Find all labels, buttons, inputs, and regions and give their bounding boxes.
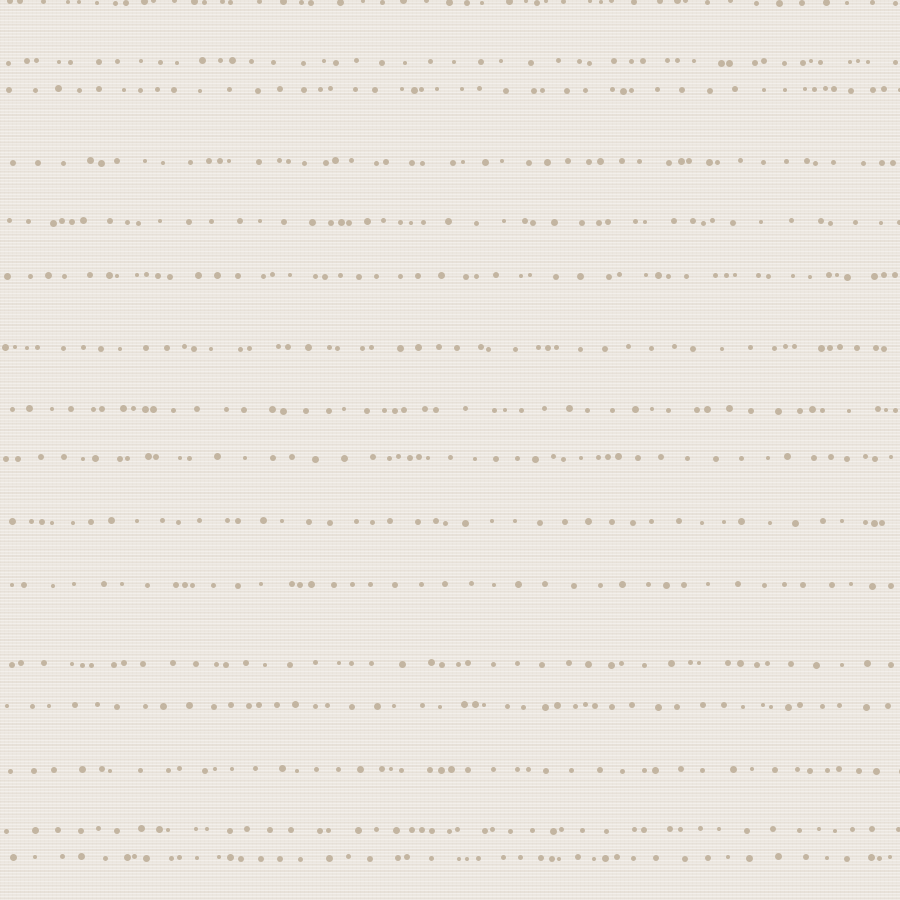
- dot: [243, 456, 247, 460]
- dot: [327, 520, 333, 526]
- dot: [404, 854, 410, 860]
- dot: [220, 0, 225, 4]
- dot: [143, 704, 148, 709]
- dot: [505, 704, 510, 709]
- dot: [55, 85, 62, 92]
- dot: [314, 767, 319, 772]
- dot: [585, 518, 592, 525]
- dot: [797, 408, 803, 414]
- dot: [448, 766, 455, 773]
- dot: [114, 828, 120, 834]
- dot: [545, 345, 551, 351]
- dot: [554, 345, 559, 350]
- dot: [299, 0, 304, 5]
- dot: [847, 409, 851, 413]
- dot: [246, 703, 252, 709]
- dot: [95, 702, 100, 707]
- dot: [41, 0, 46, 4]
- dot-row: [0, 85, 900, 95]
- dot: [463, 406, 468, 411]
- dot: [35, 160, 41, 166]
- dot: [833, 829, 837, 833]
- dot: [342, 407, 346, 411]
- dot: [369, 345, 374, 350]
- dot: [217, 158, 223, 164]
- dot: [389, 767, 393, 771]
- dot: [292, 701, 299, 708]
- dot: [61, 161, 66, 166]
- dot: [827, 345, 833, 351]
- dot: [364, 408, 370, 414]
- dot: [237, 218, 243, 224]
- dot: [108, 517, 115, 524]
- dot: [478, 344, 484, 350]
- dot: [826, 272, 832, 278]
- dot: [480, 1, 484, 5]
- dot: [500, 159, 504, 163]
- dot: [610, 408, 615, 413]
- dot: [884, 408, 888, 412]
- dot: [178, 456, 182, 460]
- dot: [713, 273, 718, 278]
- dot: [66, 0, 70, 4]
- dot: [782, 582, 787, 587]
- dot: [10, 854, 17, 861]
- dot: [279, 765, 286, 772]
- dot: [144, 272, 149, 277]
- dot: [392, 408, 398, 414]
- dot: [761, 703, 765, 707]
- dot: [87, 157, 94, 164]
- dot: [433, 518, 439, 524]
- dot: [854, 345, 860, 351]
- dot: [879, 520, 885, 526]
- dot: [367, 856, 373, 862]
- dot: [741, 705, 745, 709]
- dot: [229, 57, 236, 64]
- dot: [733, 273, 737, 277]
- dot: [726, 855, 730, 859]
- dot: [407, 455, 413, 461]
- dot: [121, 660, 127, 666]
- dot: [77, 0, 81, 4]
- dot: [427, 767, 433, 773]
- dot: [675, 58, 680, 63]
- dot: [808, 275, 812, 279]
- dot: [869, 583, 876, 590]
- dot: [807, 768, 813, 774]
- dot: [850, 827, 855, 832]
- dot: [416, 454, 422, 460]
- dot: [158, 219, 162, 223]
- dot: [288, 827, 294, 833]
- dot: [892, 272, 898, 278]
- dot: [820, 518, 826, 524]
- dot: [136, 221, 141, 226]
- dot: [214, 662, 219, 667]
- dot: [223, 662, 229, 668]
- dot: [401, 407, 407, 413]
- dot: [718, 60, 725, 67]
- dot: [341, 455, 348, 462]
- dot: [400, 0, 407, 4]
- dot: [276, 344, 281, 349]
- dot: [161, 161, 165, 165]
- dot: [328, 220, 334, 226]
- dot: [818, 60, 823, 65]
- dot: [597, 158, 604, 165]
- dot: [209, 347, 213, 351]
- dot: [227, 854, 234, 861]
- dot: [80, 217, 87, 224]
- dot: [828, 221, 833, 226]
- dot: [374, 161, 379, 166]
- dot: [156, 826, 163, 833]
- dot: [286, 159, 291, 164]
- dot: [602, 346, 608, 352]
- dot: [642, 663, 647, 668]
- dot: [228, 702, 234, 708]
- dot: [863, 520, 868, 525]
- dot: [863, 704, 870, 711]
- dot: [132, 854, 137, 859]
- dot: [59, 218, 65, 224]
- dot: [322, 274, 328, 280]
- dot: [409, 827, 415, 833]
- dot: [51, 584, 55, 588]
- dot: [381, 218, 386, 223]
- dot: [195, 856, 199, 860]
- dot: [218, 58, 223, 63]
- dot: [811, 455, 817, 461]
- dot: [706, 582, 710, 586]
- dot: [717, 827, 721, 831]
- dot: [419, 87, 424, 92]
- dot: [619, 158, 625, 164]
- dot: [896, 827, 900, 832]
- dot: [871, 273, 878, 280]
- dot: [544, 159, 551, 166]
- dot: [260, 517, 267, 524]
- dot: [281, 219, 287, 225]
- dot: [9, 518, 16, 525]
- dot: [534, 0, 540, 6]
- dot: [419, 582, 424, 587]
- dot: [564, 88, 570, 94]
- dot: [91, 407, 96, 412]
- dot: [679, 87, 685, 93]
- dot: [227, 87, 232, 92]
- dot: [692, 59, 696, 63]
- dot: [671, 218, 677, 224]
- dot: [748, 345, 753, 350]
- dot: [521, 705, 526, 710]
- dot: [258, 219, 262, 223]
- dot: [62, 274, 67, 279]
- dot: [202, 768, 208, 774]
- dot: [145, 453, 152, 460]
- dot: [772, 767, 778, 773]
- dot: [655, 272, 662, 279]
- dot: [374, 827, 379, 832]
- dot: [247, 346, 252, 351]
- dot: [45, 272, 52, 279]
- dot: [769, 705, 773, 709]
- dot: [353, 87, 358, 92]
- dot: [835, 273, 839, 277]
- dot: [38, 454, 44, 460]
- dot: [519, 408, 524, 413]
- dot: [213, 767, 217, 771]
- dot: [579, 220, 585, 226]
- dot: [542, 704, 549, 711]
- dot: [235, 583, 241, 589]
- dot: [784, 159, 789, 164]
- dot: [577, 59, 582, 64]
- dot: [667, 826, 673, 832]
- dot: [856, 768, 862, 774]
- dot: [438, 705, 442, 709]
- dot: [191, 0, 198, 5]
- dot: [7, 0, 13, 4]
- dot: [78, 828, 84, 834]
- dot: [190, 583, 195, 588]
- dot: [193, 661, 199, 667]
- dot: [596, 455, 601, 460]
- dot-row: [0, 825, 900, 835]
- dot: [150, 406, 157, 413]
- dot: [288, 273, 292, 277]
- dot: [5, 704, 9, 708]
- dot: [354, 58, 359, 63]
- dot: [186, 702, 193, 709]
- dot: [79, 766, 86, 773]
- dot: [101, 581, 107, 587]
- dot: [289, 581, 295, 587]
- dot: [18, 660, 24, 666]
- dot: [257, 0, 262, 4]
- dot: [666, 160, 672, 166]
- dot-row: [0, 853, 900, 863]
- dot: [619, 581, 626, 588]
- dot: [868, 854, 875, 861]
- dot: [214, 453, 221, 460]
- dot: [792, 344, 797, 349]
- dot: [588, 0, 592, 3]
- dot: [256, 702, 262, 708]
- dot: [597, 767, 603, 773]
- dot: [420, 703, 425, 708]
- dot: [881, 272, 887, 278]
- dot: [726, 405, 733, 412]
- dot: [202, 0, 207, 5]
- dot: [493, 272, 499, 278]
- dot: [50, 220, 57, 227]
- dot: [446, 0, 453, 6]
- dot: [873, 345, 879, 351]
- dot: [68, 406, 74, 412]
- dot: [88, 519, 94, 525]
- dot: [141, 0, 148, 5]
- dot: [415, 273, 421, 279]
- dot: [825, 768, 830, 773]
- dot: [853, 220, 858, 225]
- dot: [831, 86, 837, 92]
- dot: [398, 220, 403, 225]
- dot: [438, 272, 445, 279]
- dot: [672, 344, 677, 349]
- dot: [336, 767, 341, 772]
- dot: [10, 407, 15, 412]
- dot: [199, 57, 206, 64]
- dot: [550, 828, 557, 835]
- dot: [31, 768, 37, 774]
- dot: [820, 408, 825, 413]
- dot: [225, 518, 230, 523]
- dot: [700, 702, 706, 708]
- dot: [473, 457, 477, 461]
- dot: [542, 581, 548, 587]
- dot: [447, 829, 452, 834]
- dot: [565, 158, 571, 164]
- dot: [350, 582, 355, 587]
- dot: [635, 455, 641, 461]
- dot: [125, 456, 130, 461]
- dot: [863, 454, 868, 459]
- dot: [135, 273, 139, 277]
- dot: [305, 344, 312, 351]
- dot: [313, 660, 318, 665]
- dot: [35, 345, 40, 350]
- dot: [632, 827, 637, 832]
- dot: [686, 158, 692, 164]
- dot: [2, 344, 9, 351]
- dot: [25, 346, 29, 350]
- dot: [438, 767, 445, 774]
- dot: [99, 766, 105, 772]
- dot: [829, 582, 835, 588]
- dot: [803, 87, 807, 91]
- dot: [864, 660, 871, 667]
- dot: [728, 0, 733, 3]
- dot: [361, 0, 365, 3]
- dot: [530, 828, 535, 833]
- dot: [155, 87, 160, 92]
- dot: [182, 582, 188, 588]
- dot: [474, 274, 479, 279]
- dot: [392, 704, 396, 708]
- dot: [812, 87, 817, 92]
- dot: [792, 520, 799, 527]
- dot: [166, 768, 171, 773]
- dot: [633, 219, 638, 224]
- dot: [649, 519, 654, 524]
- dot: [454, 345, 460, 351]
- dot: [372, 87, 378, 93]
- dot: [349, 158, 354, 163]
- dot: [7, 218, 12, 223]
- dot: [167, 274, 173, 280]
- dot: [556, 58, 561, 63]
- dot: [493, 456, 499, 462]
- dot: [289, 454, 295, 460]
- dot: [561, 457, 566, 462]
- dot: [553, 274, 559, 280]
- dot: [72, 702, 78, 708]
- dot: [433, 407, 439, 413]
- dot: [698, 826, 703, 831]
- dot: [526, 767, 531, 772]
- dot: [187, 456, 192, 461]
- dot: [587, 61, 592, 66]
- dot: [666, 274, 671, 279]
- dot: [631, 856, 636, 861]
- dot: [705, 855, 711, 861]
- dot: [145, 583, 150, 588]
- dot: [515, 581, 522, 588]
- dot: [813, 161, 818, 166]
- dot: [823, 0, 830, 6]
- dot: [490, 827, 495, 832]
- dot: [611, 58, 617, 64]
- dot: [676, 518, 682, 524]
- dot: [169, 856, 174, 861]
- dot-row: [0, 659, 900, 669]
- dot: [415, 519, 421, 525]
- dot: [26, 219, 31, 224]
- dot: [256, 159, 262, 165]
- dot: [332, 157, 339, 164]
- dot: [287, 662, 293, 668]
- dot: [368, 582, 373, 587]
- dot: [326, 828, 331, 833]
- dot: [51, 767, 57, 773]
- dot: [80, 663, 85, 668]
- dot: [138, 825, 145, 832]
- dot: [143, 159, 147, 163]
- dot: [428, 59, 433, 64]
- dot: [227, 828, 233, 834]
- dot: [280, 0, 287, 5]
- dot: [605, 219, 611, 225]
- dot: [508, 829, 513, 834]
- dot: [519, 274, 523, 278]
- dot: [566, 660, 572, 666]
- dot: [803, 854, 809, 860]
- dot: [243, 660, 249, 666]
- dot: [457, 857, 461, 861]
- dot: [253, 766, 258, 771]
- dot-row: [0, 765, 900, 775]
- dot: [592, 703, 598, 709]
- dot: [761, 58, 767, 64]
- dot: [138, 88, 143, 93]
- dot: [15, 456, 21, 462]
- dot: [78, 853, 85, 860]
- dot: [772, 346, 777, 351]
- dot: [775, 408, 782, 415]
- dot: [652, 767, 659, 774]
- dot: [98, 346, 104, 352]
- dot: [357, 766, 364, 773]
- dot-row: [0, 57, 900, 67]
- dot: [142, 406, 149, 413]
- dot: [482, 159, 489, 166]
- dot: [13, 345, 17, 349]
- dot: [585, 408, 590, 413]
- dot: [92, 455, 99, 462]
- dot: [650, 407, 654, 411]
